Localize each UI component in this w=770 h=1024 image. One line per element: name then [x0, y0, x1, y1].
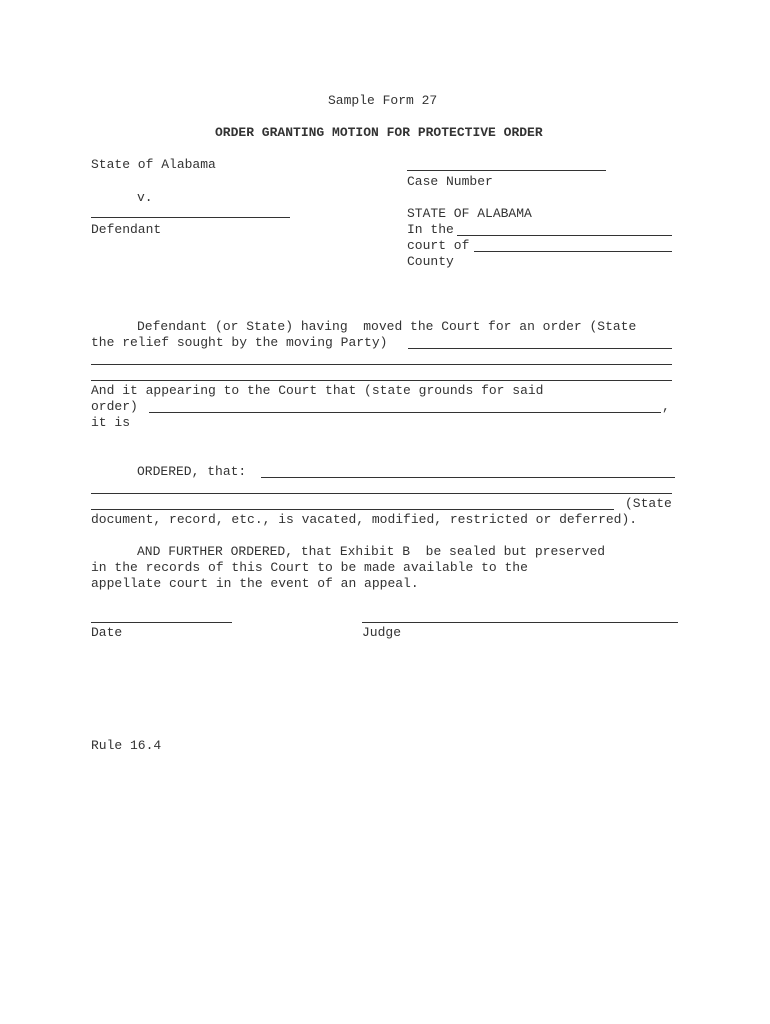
- ordered-line-2[interactable]: [91, 493, 672, 494]
- document-title: ORDER GRANTING MOTION FOR PROTECTIVE ORD…: [215, 125, 543, 141]
- versus-label: v.: [137, 190, 153, 206]
- defendant-label: Defendant: [91, 222, 161, 238]
- date-line[interactable]: [91, 622, 232, 623]
- motion-paragraph-line2: the relief sought by the moving Party): [91, 335, 387, 351]
- ordered-label: ORDERED, that:: [137, 464, 246, 480]
- case-number-label: Case Number: [407, 174, 493, 190]
- ordered-line-1[interactable]: [261, 477, 675, 478]
- further-ordered-line3: appellate court in the event of an appea…: [91, 576, 419, 592]
- relief-sought-line-1[interactable]: [408, 348, 672, 349]
- grounds-paragraph-line2: order): [91, 399, 138, 415]
- county-label: County: [407, 254, 454, 270]
- relief-sought-line-2[interactable]: [91, 364, 672, 365]
- court-of-label: court of: [407, 238, 469, 254]
- relief-sought-line-3[interactable]: [91, 380, 672, 381]
- plaintiff-name: State of Alabama: [91, 157, 216, 173]
- state-paren-label: (State: [625, 496, 672, 512]
- grounds-line[interactable]: [149, 412, 661, 413]
- judge-label: Judge: [362, 625, 401, 641]
- ordered-line-3[interactable]: [91, 509, 614, 510]
- motion-paragraph-line1: Defendant (or State) having moved the Co…: [137, 319, 636, 335]
- court-state-label: STATE OF ALABAMA: [407, 206, 532, 222]
- form-label: Sample Form 27: [328, 93, 437, 109]
- further-ordered-line1: AND FURTHER ORDERED, that Exhibit B be s…: [137, 544, 605, 560]
- further-ordered-line2: in the records of this Court to be made …: [91, 560, 528, 576]
- county-name-line[interactable]: [474, 251, 672, 252]
- defendant-name-line[interactable]: [91, 217, 290, 218]
- in-the-label: In the: [407, 222, 454, 238]
- court-type-line[interactable]: [457, 235, 672, 236]
- it-is-label: it is: [91, 415, 130, 431]
- ordered-paragraph-line3: document, record, etc., is vacated, modi…: [91, 512, 637, 528]
- judge-signature-line[interactable]: [362, 622, 678, 623]
- case-number-line[interactable]: [407, 170, 606, 171]
- date-label: Date: [91, 625, 122, 641]
- grounds-paragraph-line1: And it appearing to the Court that (stat…: [91, 383, 543, 399]
- grounds-comma: ,: [662, 399, 670, 415]
- rule-reference: Rule 16.4: [91, 738, 161, 754]
